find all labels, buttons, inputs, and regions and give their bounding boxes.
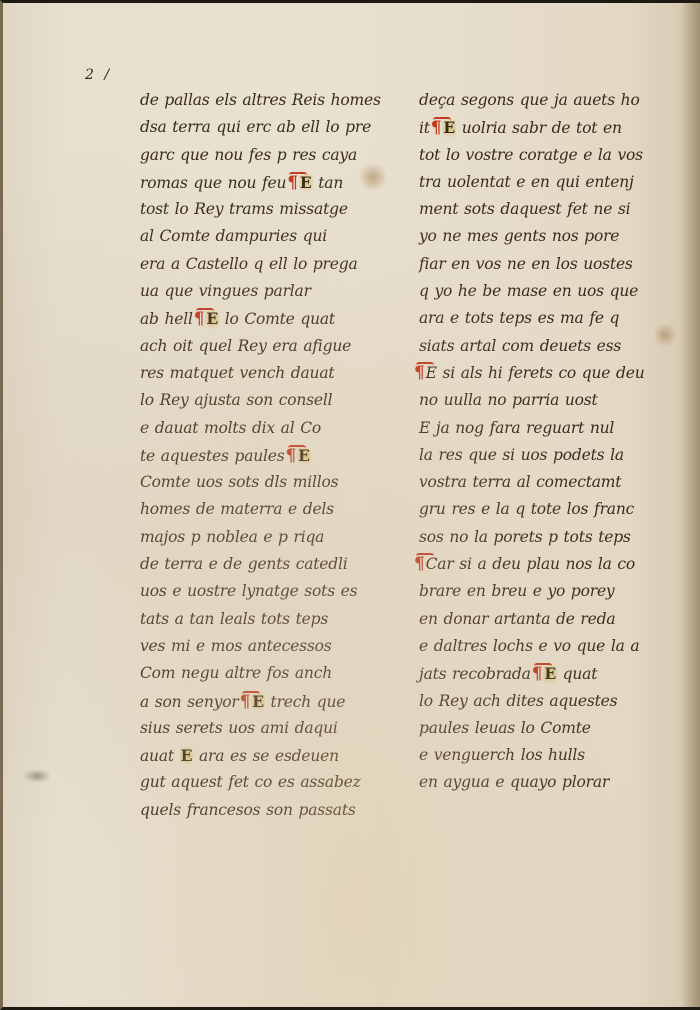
text-line: de terra e de gents catedli [140,551,380,578]
text-line: te aquestes paules¶E [140,442,380,469]
text-segment: ab hell [140,310,193,328]
text-line: gru res e la q tote los franc [419,496,669,523]
text-line: ach oit quel Rey era afigue [140,333,380,360]
rubric-paragraph-mark: ¶ [240,689,251,716]
text-line: yo ne mes gents nos pore [419,223,669,250]
text-line: majos p noblea e p riqa [140,524,380,551]
text-segment: tan [313,174,344,192]
text-line: paules leuas lo Comte [419,715,669,742]
text-line: lo Rey ajusta son consell [140,387,380,414]
text-line: de pallas els altres Reis homes [140,87,380,114]
rubric-paragraph-mark: ¶ [414,551,425,578]
text-segment: E si als hi ferets co que deu [426,364,645,382]
text-line: res matquet vench dauat [140,360,380,387]
text-segment: te aquestes paules [140,447,285,465]
text-line: ment sots daquest fet ne si [419,196,669,223]
text-line: ab hell¶E lo Comte quat [140,305,380,332]
text-line: auat E ara es se esdeuen [140,742,380,769]
margin-smudge [23,769,51,783]
text-line: q yo he be mase en uos que [419,278,669,305]
text-segment: jats recobrada [419,665,531,683]
text-line: al Comte dampuries qui [140,223,380,250]
text-line: ves mi e mos antecessos [140,633,380,660]
text-line: no uulla no parria uost [419,387,669,414]
text-line: brare en breu e yo porey [419,578,669,605]
text-line: tost lo Rey trams missatge [140,196,380,223]
text-line: ¶Car si a deu plau nos la co [413,551,669,578]
text-column-left: de pallas els altres Reis homes dsa terr… [140,87,380,824]
text-line: E ja nog fara reguart nul [419,415,669,442]
text-line: uos e uostre lynatge sots es [140,578,380,605]
text-line: sius serets uos ami daqui [140,715,380,742]
text-segment: uolria sabr de tot en [456,119,622,137]
text-line: Com negu altre fos anch [140,660,380,687]
text-segment: it [419,119,430,137]
text-line: dsa terra qui erc ab ell lo pre [140,114,380,141]
text-line: siats artal com deuets ess [419,333,669,360]
text-line: era a Castello q ell lo prega [140,251,380,278]
text-line: deça segons que ja auets ho [419,87,669,114]
text-line: homes de materra e dels [140,496,380,523]
text-line: tats a tan leals tots teps [140,606,380,633]
rubric-paragraph-mark: ¶ [431,115,442,142]
text-line: la res que si uos podets la [419,442,669,469]
text-line: e dauat molts dix al Co [140,415,380,442]
text-column-right: deça segons que ja auets ho it¶E uolria … [419,87,669,797]
rubric-paragraph-mark: ¶ [414,360,425,387]
rubric-paragraph-mark: ¶ [532,661,543,688]
text-line: garc que nou fes p res caya [140,142,380,169]
text-segment: lo Comte quat [219,310,335,328]
text-line: fiar en vos ne en los uostes [419,251,669,278]
text-line: quels francesos son passats [140,797,380,824]
rubric-paragraph-mark: ¶ [287,170,298,197]
text-line: ua que vingues parlar [140,278,380,305]
page-curl-shadow [682,3,700,1010]
text-segment: a son senyor [140,693,239,711]
text-line: e venguerch los hulls [419,742,669,769]
text-line: lo Rey ach dites aquestes [419,688,669,715]
text-line: tot lo vostre coratge e la vos [419,142,669,169]
text-segment: ara es se esdeuen [193,747,339,765]
text-line: e daltres lochs e vo que la a [419,633,669,660]
text-line: romas que nou feu¶E tan [140,169,380,196]
text-segment: auat [140,747,174,765]
text-line: en aygua e quayo plorar [419,769,669,796]
initial-capital: E [180,742,194,769]
text-line: it¶E uolria sabr de tot en [419,114,669,141]
text-line: ¶E si als hi ferets co que deu [413,360,669,387]
rubric-paragraph-mark: ¶ [286,443,297,470]
text-line: a son senyor¶E trech que [140,688,380,715]
manuscript-page: 2 / de pallas els altres Reis homes dsa … [0,0,700,1010]
folio-number: 2 / [85,67,112,83]
text-line: tra uolentat e en qui entenj [419,169,669,196]
text-line: jats recobrada¶E quat [419,660,669,687]
text-segment: quat [557,665,597,683]
text-line: vostra terra al comectamt [419,469,669,496]
text-line: sos no la porets p tots teps [419,524,669,551]
text-line: en donar artanta de reda [419,606,669,633]
text-line: Comte uos sots dls millos [140,469,380,496]
text-line: ara e tots teps es ma fe q [419,305,669,332]
text-segment: Car si a deu plau nos la co [426,555,635,573]
text-segment: trech que [265,693,345,711]
text-segment: romas que nou feu [140,174,286,192]
text-line: gut aquest fet co es assabez [140,769,380,796]
rubric-paragraph-mark: ¶ [194,306,205,333]
